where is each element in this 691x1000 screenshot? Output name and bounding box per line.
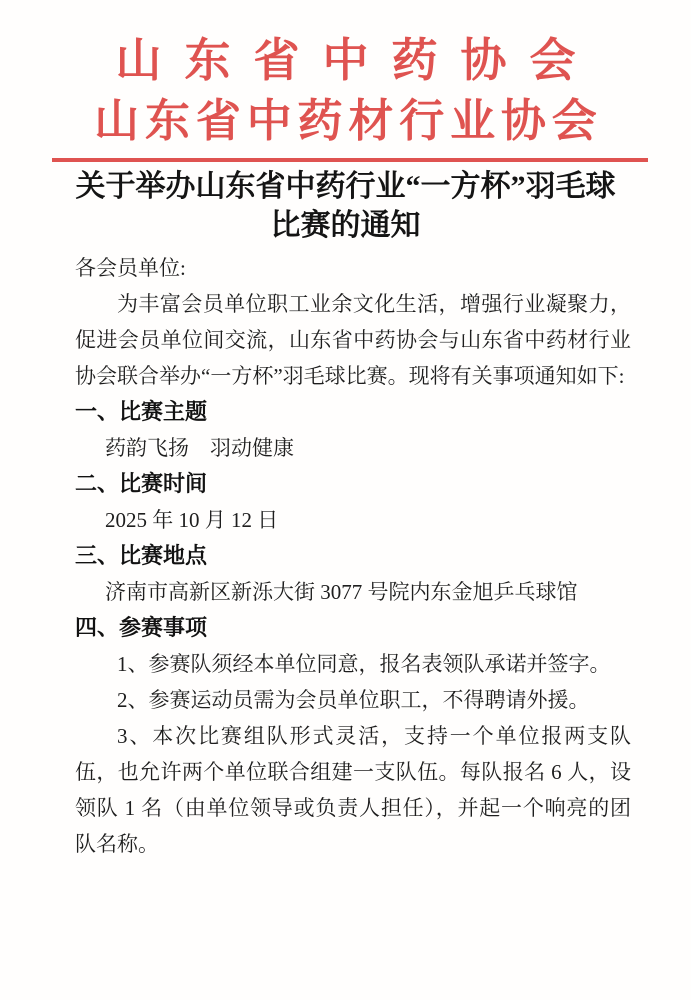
section-2-heading-time: 二、比赛时间 <box>75 466 631 502</box>
notice-document-page: 山东省中药协会 山东省中药材行业协会 关于举办山东省中药行业“一方杯”羽毛球 比… <box>0 0 691 1000</box>
letterhead-org-secondary: 山东省中药材行业协会 <box>0 92 691 150</box>
notice-body: 各会员单位: 为丰富会员单位职工业余文化生活，增强行业凝聚力，促进会员单位间交流… <box>75 250 631 862</box>
section-1-heading-theme: 一、比赛主题 <box>75 394 631 430</box>
notice-title-line2: 比赛的通知 <box>0 206 691 245</box>
entry-rule-item-2: 2、参赛运动员需为会员单位职工，不得聘请外援。 <box>75 682 631 718</box>
section-3-heading-venue: 三、比赛地点 <box>75 538 631 574</box>
entry-rule-item-1: 1、参赛队须经本单位同意，报名表领队承诺并签字。 <box>75 646 631 682</box>
section-3-content-address: 济南市高新区新泺大街 3077 号院内东金旭乒乓球馆 <box>75 574 631 610</box>
entry-rule-item-3: 3、本次比赛组队形式灵活，支持一个单位报两支队伍，也允许两个单位联合组建一支队伍… <box>75 718 631 862</box>
letterhead: 山东省中药协会 山东省中药材行业协会 <box>0 30 691 150</box>
letterhead-org-primary: 山东省中药协会 <box>0 30 691 92</box>
section-4-heading-entry-rules: 四、参赛事项 <box>75 610 631 646</box>
salutation: 各会员单位: <box>75 250 631 286</box>
intro-paragraph: 为丰富会员单位职工业余文化生活，增强行业凝聚力，促进会员单位间交流，山东省中药协… <box>75 286 631 394</box>
letterhead-divider-rule <box>52 158 648 162</box>
notice-title: 关于举办山东省中药行业“一方杯”羽毛球 比赛的通知 <box>0 167 691 245</box>
notice-title-line1: 关于举办山东省中药行业“一方杯”羽毛球 <box>0 167 691 206</box>
section-1-content-theme: 药韵飞扬 羽动健康 <box>75 430 631 466</box>
section-2-content-date: 2025 年 10 月 12 日 <box>75 502 631 538</box>
